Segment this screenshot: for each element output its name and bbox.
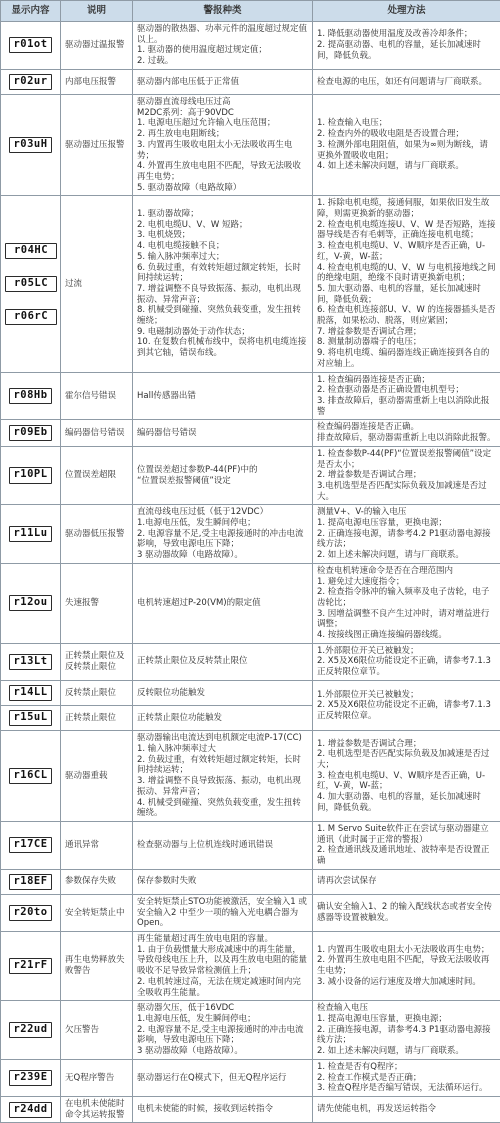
table-row: r03uH 驱动器过压报警 驱动器直流母线电压过高 M2DC系列：高于90VDC… (1, 95, 500, 196)
display-code: r06rC (5, 309, 57, 325)
alarm-name: 无Q程序警告 (61, 1059, 133, 1096)
table-row: r24dd 在电机未使能时命令其运转报警 电机未使能的时候，接收到运转指令 请先… (1, 1096, 500, 1122)
display-code-cell: r18EF (1, 869, 61, 894)
alarm-type: 安全转矩禁止STO功能被激活，安全输入1 或安全输入2 中至少一项的输入光电耦合… (133, 894, 313, 931)
display-code-cell: r08Hb (1, 372, 61, 420)
alarm-name: 通讯异常 (61, 821, 133, 869)
table-row: r16CL 驱动器重载 驱动器输出电流达到电机额定电流P-17(CC) 1. 输… (1, 731, 500, 822)
handling-method: 1.外部限位开关已被触发； 2. X5及X6限位功能设定不正确，请参考7.1.3… (313, 643, 500, 680)
handling-method: 检查编码器连接是否正确。 排查故障后，驱动器需重新上电以消除此报警。 (313, 420, 500, 446)
alarm-type: 1. 驱动器故障； 2. 电机电缆U、V、W 短路； 3. 电机烧毁； 4. 电… (133, 196, 313, 372)
alarm-code-table: 显示内容 说明 警报种类 处理方法 r01ot 驱动器过温报警 驱动器的散热器、… (0, 0, 500, 1123)
display-code: r15uL (9, 710, 51, 726)
handling-method: 请再次尝试保存 (313, 869, 500, 894)
display-code: r14LL (9, 685, 51, 701)
display-code: r04HC (5, 243, 57, 259)
display-code: r11Lu (9, 526, 51, 542)
handling-method: 检查电源的电压，如还有问题请与厂商联系。 (313, 69, 500, 94)
display-code-cell: r15uL (1, 706, 61, 731)
header-row: 显示内容 说明 警报种类 处理方法 (1, 1, 500, 22)
display-code: r20to (9, 905, 51, 921)
table-row: r09Eb 编码器信号错误 编码器信号错误 检查编码器连接是否正确。 排查故障后… (1, 420, 500, 446)
table-row: r14LL 反转禁止限位 反转限位功能触发 1.外部限位开关已被触发； 2. X… (1, 680, 500, 705)
alarm-type: 驱动器欠压，低于16VDC 1.电源电压低，发生瞬间停电； 2. 电源容量不足,… (133, 1001, 313, 1060)
alarm-name: 参数保存失败 (61, 869, 133, 894)
display-code: r01ot (9, 37, 51, 53)
display-code-cell: r24dd (1, 1096, 61, 1122)
display-code-cell: r16CL (1, 731, 61, 822)
display-code: r13Lt (9, 654, 51, 670)
handling-method: 测量V+、V-的输入电压 1. 提高电源电压容量，更换电源； 2. 正确连接电源… (313, 505, 500, 564)
display-code: r03uH (9, 137, 51, 153)
alarm-name: 安全转矩禁止中 (61, 894, 133, 931)
header-handling-method: 处理方法 (313, 1, 500, 22)
display-code-cell: r14LL (1, 680, 61, 705)
display-code: r24dd (9, 1102, 51, 1118)
alarm-name: 反转禁止限位 (61, 680, 133, 705)
display-code-cell: r03uH (1, 95, 61, 196)
display-code: r17CE (9, 837, 51, 853)
alarm-name: 霍尔信号错误 (61, 372, 133, 420)
table-row: r17CE 通讯异常 检查驱动器与上位机连线时通讯错误 1. M Servo S… (1, 821, 500, 869)
display-code: r22ud (9, 1022, 51, 1038)
table-row: r20to 安全转矩禁止中 安全转矩禁止STO功能被激活，安全输入1 或安全输入… (1, 894, 500, 931)
table-row: r18EF 参数保存失败 保存参数时失败 请再次尝试保存 (1, 869, 500, 894)
alarm-name: 驱动器重载 (61, 731, 133, 822)
handling-method: 1. 降低驱动器使用温度及改善冷却条件； 2. 提高驱动器、电机的容量，延长加减… (313, 21, 500, 69)
table-row: r11Lu 驱动器低压报警 直流母线电压过低（低于12VDC） 1.电源电压低，… (1, 505, 500, 564)
alarm-name: 编码器信号错误 (61, 420, 133, 446)
display-code-cell: r11Lu (1, 505, 61, 564)
display-code: r02ur (9, 74, 51, 90)
alarm-type: 电机未使能的时候，接收到运转指令 (133, 1096, 313, 1122)
handling-method: 确认安全输入1、2 的输入配线状态或者安全传感器等设置被触发。 (313, 894, 500, 931)
alarm-type: 驱动器的散热器、功率元件的温度超过规定值以上。 1. 驱动器的使用温度超过规定值… (133, 21, 313, 69)
handling-method: 1. 检查参数P-44(PF)“位置误差报警阈值”设定是否太小； 2. 增益参数… (313, 446, 500, 505)
display-code-cell: r09Eb (1, 420, 61, 446)
alarm-type: 驱动器运行在Q模式下，但无Q程序运行 (133, 1059, 313, 1096)
handling-method: 1. 增益参数是否调试合理； 2. 电机选型是否匹配实际负载及加减速是否过大； … (313, 731, 500, 822)
table-row: r22ud 欠压警告 驱动器欠压，低于16VDC 1.电源电压低，发生瞬间停电；… (1, 1001, 500, 1060)
alarm-name: 内部电压报警 (61, 69, 133, 94)
table-row: r04HC r05LC r06rC 过流 1. 驱动器故障； 2. 电机电缆U、… (1, 196, 500, 372)
display-code: r10PL (9, 467, 51, 483)
alarm-name: 正转禁止限位 (61, 706, 133, 731)
alarm-type: 检查驱动器与上位机连线时通讯错误 (133, 821, 313, 869)
handling-method: 1. M Servo Suite软件正在尝试与驱动器建立通讯（此时属于正常的警报… (313, 821, 500, 869)
display-code-cell: r21rF (1, 932, 61, 1001)
alarm-type: 电机转速超过P-20(VM)的限定值 (133, 563, 313, 643)
display-code-cell: r239E (1, 1059, 61, 1096)
alarm-type: 驱动器输出电流达到电机额定电流P-17(CC) 1. 输入脉冲频率过大 2. 负… (133, 731, 313, 822)
display-code-cell: r01ot (1, 21, 61, 69)
alarm-name: 在电机未使能时命令其运转报警 (61, 1096, 133, 1122)
display-code-cell: r17CE (1, 821, 61, 869)
alarm-type: 再生能量超过再生放电电阻的容量。 1. 由于负载惯量大形成减速中的再生能量，导致… (133, 932, 313, 1001)
header-alarm-type: 警报种类 (133, 1, 313, 22)
table-row: r10PL 位置误差超限 位置误差超过参数P-44(PF)中的 “位置误差报警阈… (1, 446, 500, 505)
handling-method: 1. 检查输入电压； 2. 检查内外的吸收电阻是否设置合理； 3. 检测外部电阻… (313, 95, 500, 196)
alarm-type: 直流母线电压过低（低于12VDC） 1.电源电压低，发生瞬间停电； 2. 电源容… (133, 505, 313, 564)
display-code-cell: r12ou (1, 563, 61, 643)
display-code: r239E (9, 1070, 51, 1086)
display-code-cell: r10PL (1, 446, 61, 505)
display-code-cell: r02ur (1, 69, 61, 94)
handling-method: 1.外部限位开关已被触发； 2. X5及X6限位功能设定不正确，请参考7.1.3… (313, 680, 500, 730)
display-code-cell: r22ud (1, 1001, 61, 1060)
table-row: r12ou 失速报警 电机转速超过P-20(VM)的限定值 检查电机转速命令是否… (1, 563, 500, 643)
header-display-content: 显示内容 (1, 1, 61, 22)
alarm-type: 位置误差超过参数P-44(PF)中的 “位置误差报警阈值”设定 (133, 446, 313, 505)
table-row: r21rF 再生电势释放失败警告 再生能量超过再生放电电阻的容量。 1. 由于负… (1, 932, 500, 1001)
display-code-cell: r20to (1, 894, 61, 931)
display-code: r08Hb (9, 388, 51, 404)
alarm-name: 再生电势释放失败警告 (61, 932, 133, 1001)
handling-method: 1. 检查是否有Q程序； 2. 检查工作模式是否正确； 3. 检查Q程序是否编写… (313, 1059, 500, 1096)
alarm-name: 驱动器低压报警 (61, 505, 133, 564)
table-row: r13Lt 正转禁止限位及反转禁止限位 正转禁止限位及反转禁止限位 1.外部限位… (1, 643, 500, 680)
alarm-name: 失速报警 (61, 563, 133, 643)
handling-method: 检查电机转速命令是否在合理范围内 1. 避免过大速度指令； 2. 检查指令脉冲的… (313, 563, 500, 643)
display-code: r21rF (9, 958, 51, 974)
table-row: r01ot 驱动器过温报警 驱动器的散热器、功率元件的温度超过规定值以上。 1.… (1, 21, 500, 69)
alarm-name: 欠压警告 (61, 1001, 133, 1060)
alarm-name: 位置误差超限 (61, 446, 133, 505)
handling-method: 1. 拆除电机电缆，接通伺服，如果依旧发生故障，则需更换新的驱动器； 2. 检查… (313, 196, 500, 372)
alarm-name: 正转禁止限位及反转禁止限位 (61, 643, 133, 680)
handling-method: 1. 内置再生吸收电阻太小无法吸收再生电势； 2. 外置再生放电电阻不匹配，导致… (313, 932, 500, 1001)
alarm-name: 过流 (61, 196, 133, 372)
handling-method: 请先使能电机，再发送运转指令 (313, 1096, 500, 1122)
display-code-cell: r13Lt (1, 643, 61, 680)
display-code: r16CL (9, 768, 51, 784)
display-code: r12ou (9, 595, 51, 611)
table-row: r08Hb 霍尔信号错误 Hall传感器出错 1. 检查编码器连接是否正确； 2… (1, 372, 500, 420)
alarm-type: 驱动器内部电压低于正常值 (133, 69, 313, 94)
display-code: r05LC (5, 276, 57, 292)
alarm-type: 正转禁止限位功能触发 (133, 706, 313, 731)
alarm-name: 驱动器过温报警 (61, 21, 133, 69)
alarm-type: 编码器信号错误 (133, 420, 313, 446)
alarm-type: Hall传感器出错 (133, 372, 313, 420)
alarm-type: 保存参数时失败 (133, 869, 313, 894)
display-code: r18EF (9, 874, 51, 890)
header-description: 说明 (61, 1, 133, 22)
alarm-type: 正转禁止限位及反转禁止限位 (133, 643, 313, 680)
table-row: r239E 无Q程序警告 驱动器运行在Q模式下，但无Q程序运行 1. 检查是否有… (1, 1059, 500, 1096)
display-code-cell: r04HC r05LC r06rC (1, 196, 61, 372)
table-row: r02ur 内部电压报警 驱动器内部电压低于正常值 检查电源的电压，如还有问题请… (1, 69, 500, 94)
handling-method: 1. 检查编码器连接是否正确； 2. 检查驱动器是否正确设置电机型号； 3. 排… (313, 372, 500, 420)
alarm-type: 反转限位功能触发 (133, 680, 313, 705)
alarm-type: 驱动器直流母线电压过高 M2DC系列：高于90VDC 1. 电源电压超过允许输入… (133, 95, 313, 196)
alarm-name: 驱动器过压报警 (61, 95, 133, 196)
display-code: r09Eb (9, 425, 51, 441)
handling-method: 检查输入电压 1. 提高电源电压容量，更换电源； 2. 正确连接电源，请参考4.… (313, 1001, 500, 1060)
